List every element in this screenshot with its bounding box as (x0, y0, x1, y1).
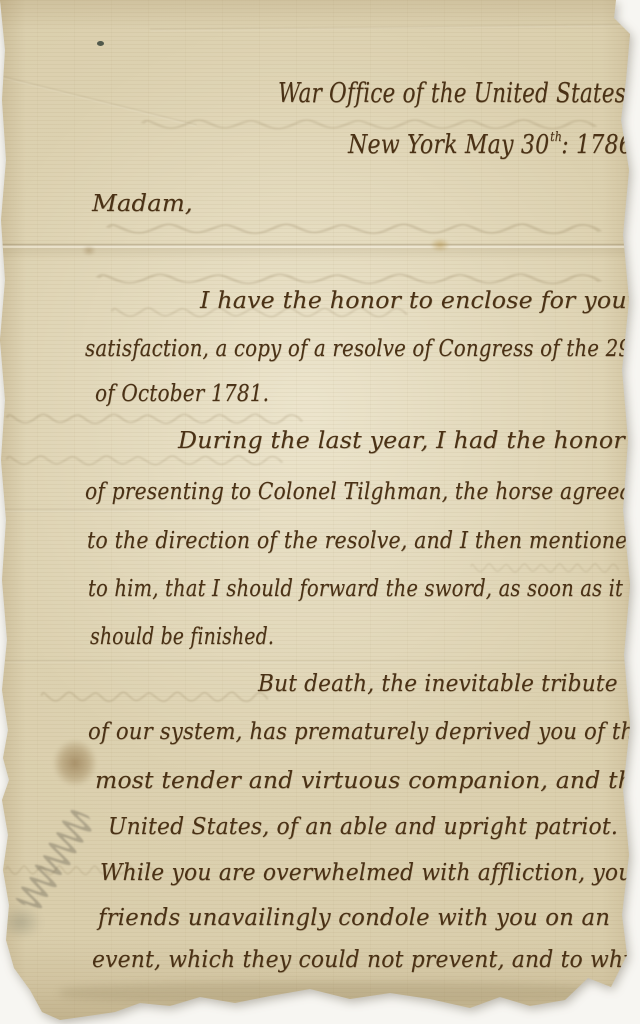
letter-line: friends unavailingly condole with you on… (98, 905, 610, 931)
letter-line: should be finished. (90, 624, 274, 650)
bleed-through-writing (5, 452, 285, 470)
fold-crease (0, 509, 260, 512)
letter-line: United States, of an able and upright pa… (108, 814, 618, 840)
letter-line: But death, the inevitable tribute (258, 671, 618, 697)
fold-crease (0, 244, 640, 248)
letter-line: event, which they could not prevent, and… (92, 947, 640, 973)
letter-line: I have the honor to enclose for your (200, 288, 638, 314)
letterhead-line: War Office of the United States (278, 78, 626, 109)
letter-line: of October 1781. (95, 381, 269, 407)
letter-line: to him, that I should forward the sword,… (88, 576, 623, 602)
fold-crease (0, 660, 640, 663)
letter-line: to the direction of the resolve, and I t… (87, 528, 640, 554)
fold-crease (0, 66, 197, 127)
ink-speck (97, 41, 104, 46)
stain (430, 238, 450, 252)
letter-line: most tender and virtuous companion, and … (95, 768, 640, 794)
bleed-through-writing (5, 410, 305, 429)
bleed-through-writing (95, 270, 605, 289)
stain (60, 982, 620, 1004)
superscript-th: th (632, 333, 640, 348)
fold-crease (150, 23, 640, 31)
letter-line: of presenting to Colonel Tilghman, the h… (85, 479, 640, 505)
dateline: New York May 30th: 1786 (348, 130, 633, 160)
letter-line: While you are overwhelmed with afflictio… (100, 860, 640, 886)
salutation: Madam, (92, 191, 193, 217)
letter-line: During the last year, I had the honor (178, 428, 625, 454)
date-year: : 1786 (561, 130, 633, 160)
signature-bleed-through (8, 802, 105, 920)
letter-line: of our system, has prematurely deprived … (88, 719, 640, 745)
stain (0, 905, 42, 939)
bleed-through-writing (105, 220, 605, 239)
bleed-through-writing (40, 688, 270, 707)
paper: War Office of the United States New York… (0, 0, 640, 1024)
bleed-through-writing (470, 560, 620, 577)
photo-backdrop: War Office of the United States New York… (0, 0, 640, 1024)
superscript-th: th (550, 130, 562, 145)
fold-crease-shadow (0, 248, 640, 260)
stain (82, 245, 96, 256)
date-text: New York May 30 (348, 130, 549, 160)
letter-line: satisfaction, a copy of a resolve of Con… (85, 336, 640, 362)
